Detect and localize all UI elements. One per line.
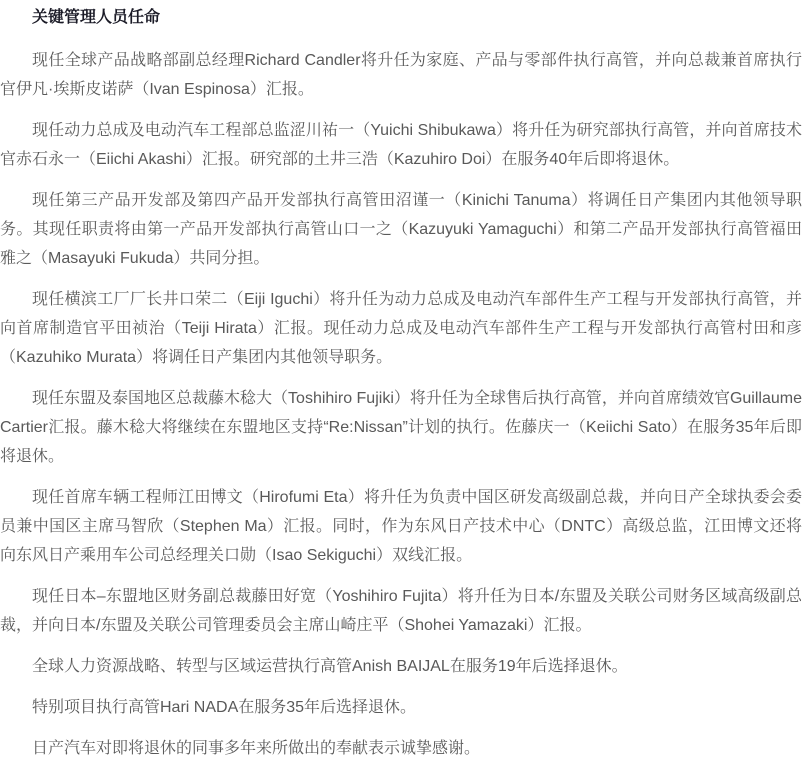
paragraph-toshihiro-fujiki: 现任东盟及泰国地区总裁藤木稔大（Toshihiro Fujiki）将升任为全球售…	[0, 384, 802, 471]
paragraph-yuichi-shibukawa: 现任动力总成及电动汽车工程部总监涩川祐一（Yuichi Shibukawa）将升…	[0, 116, 802, 174]
paragraph-yoshihiro-fujita: 现任日本–东盟地区财务副总裁藤田好宽（Yoshihiro Fujita）将升任为…	[0, 582, 802, 640]
paragraph-hari-nada: 特别项目执行高管Hari NADA在服务35年后选择退休。	[0, 693, 802, 722]
paragraph-kinichi-tanuma: 现任第三产品开发部及第四产品开发部执行高管田沼谨一（Kinichi Tanuma…	[0, 186, 802, 273]
paragraph-thanks: 日产汽车对即将退休的同事多年来所做出的奉献表示诚挚感谢。	[0, 734, 802, 763]
paragraph-eiji-iguchi: 现任横滨工厂厂长井口荣二（Eiji Iguchi）将升任为动力总成及电动汽车部件…	[0, 285, 802, 372]
paragraph-anish-baijal: 全球人力资源战略、转型与区域运营执行高管Anish BAIJAL在服务19年后选…	[0, 652, 802, 681]
article-body: 关键管理人员任命 现任全球产品战略部副总经理Richard Candler将升任…	[0, 6, 802, 763]
section-heading: 关键管理人员任命	[0, 6, 802, 30]
paragraph-richard-candler: 现任全球产品战略部副总经理Richard Candler将升任为家庭、产品与零部…	[0, 46, 802, 104]
paragraph-hirofumi-eta: 现任首席车辆工程师江田博文（Hirofumi Eta）将升任为负责中国区研发高级…	[0, 483, 802, 570]
